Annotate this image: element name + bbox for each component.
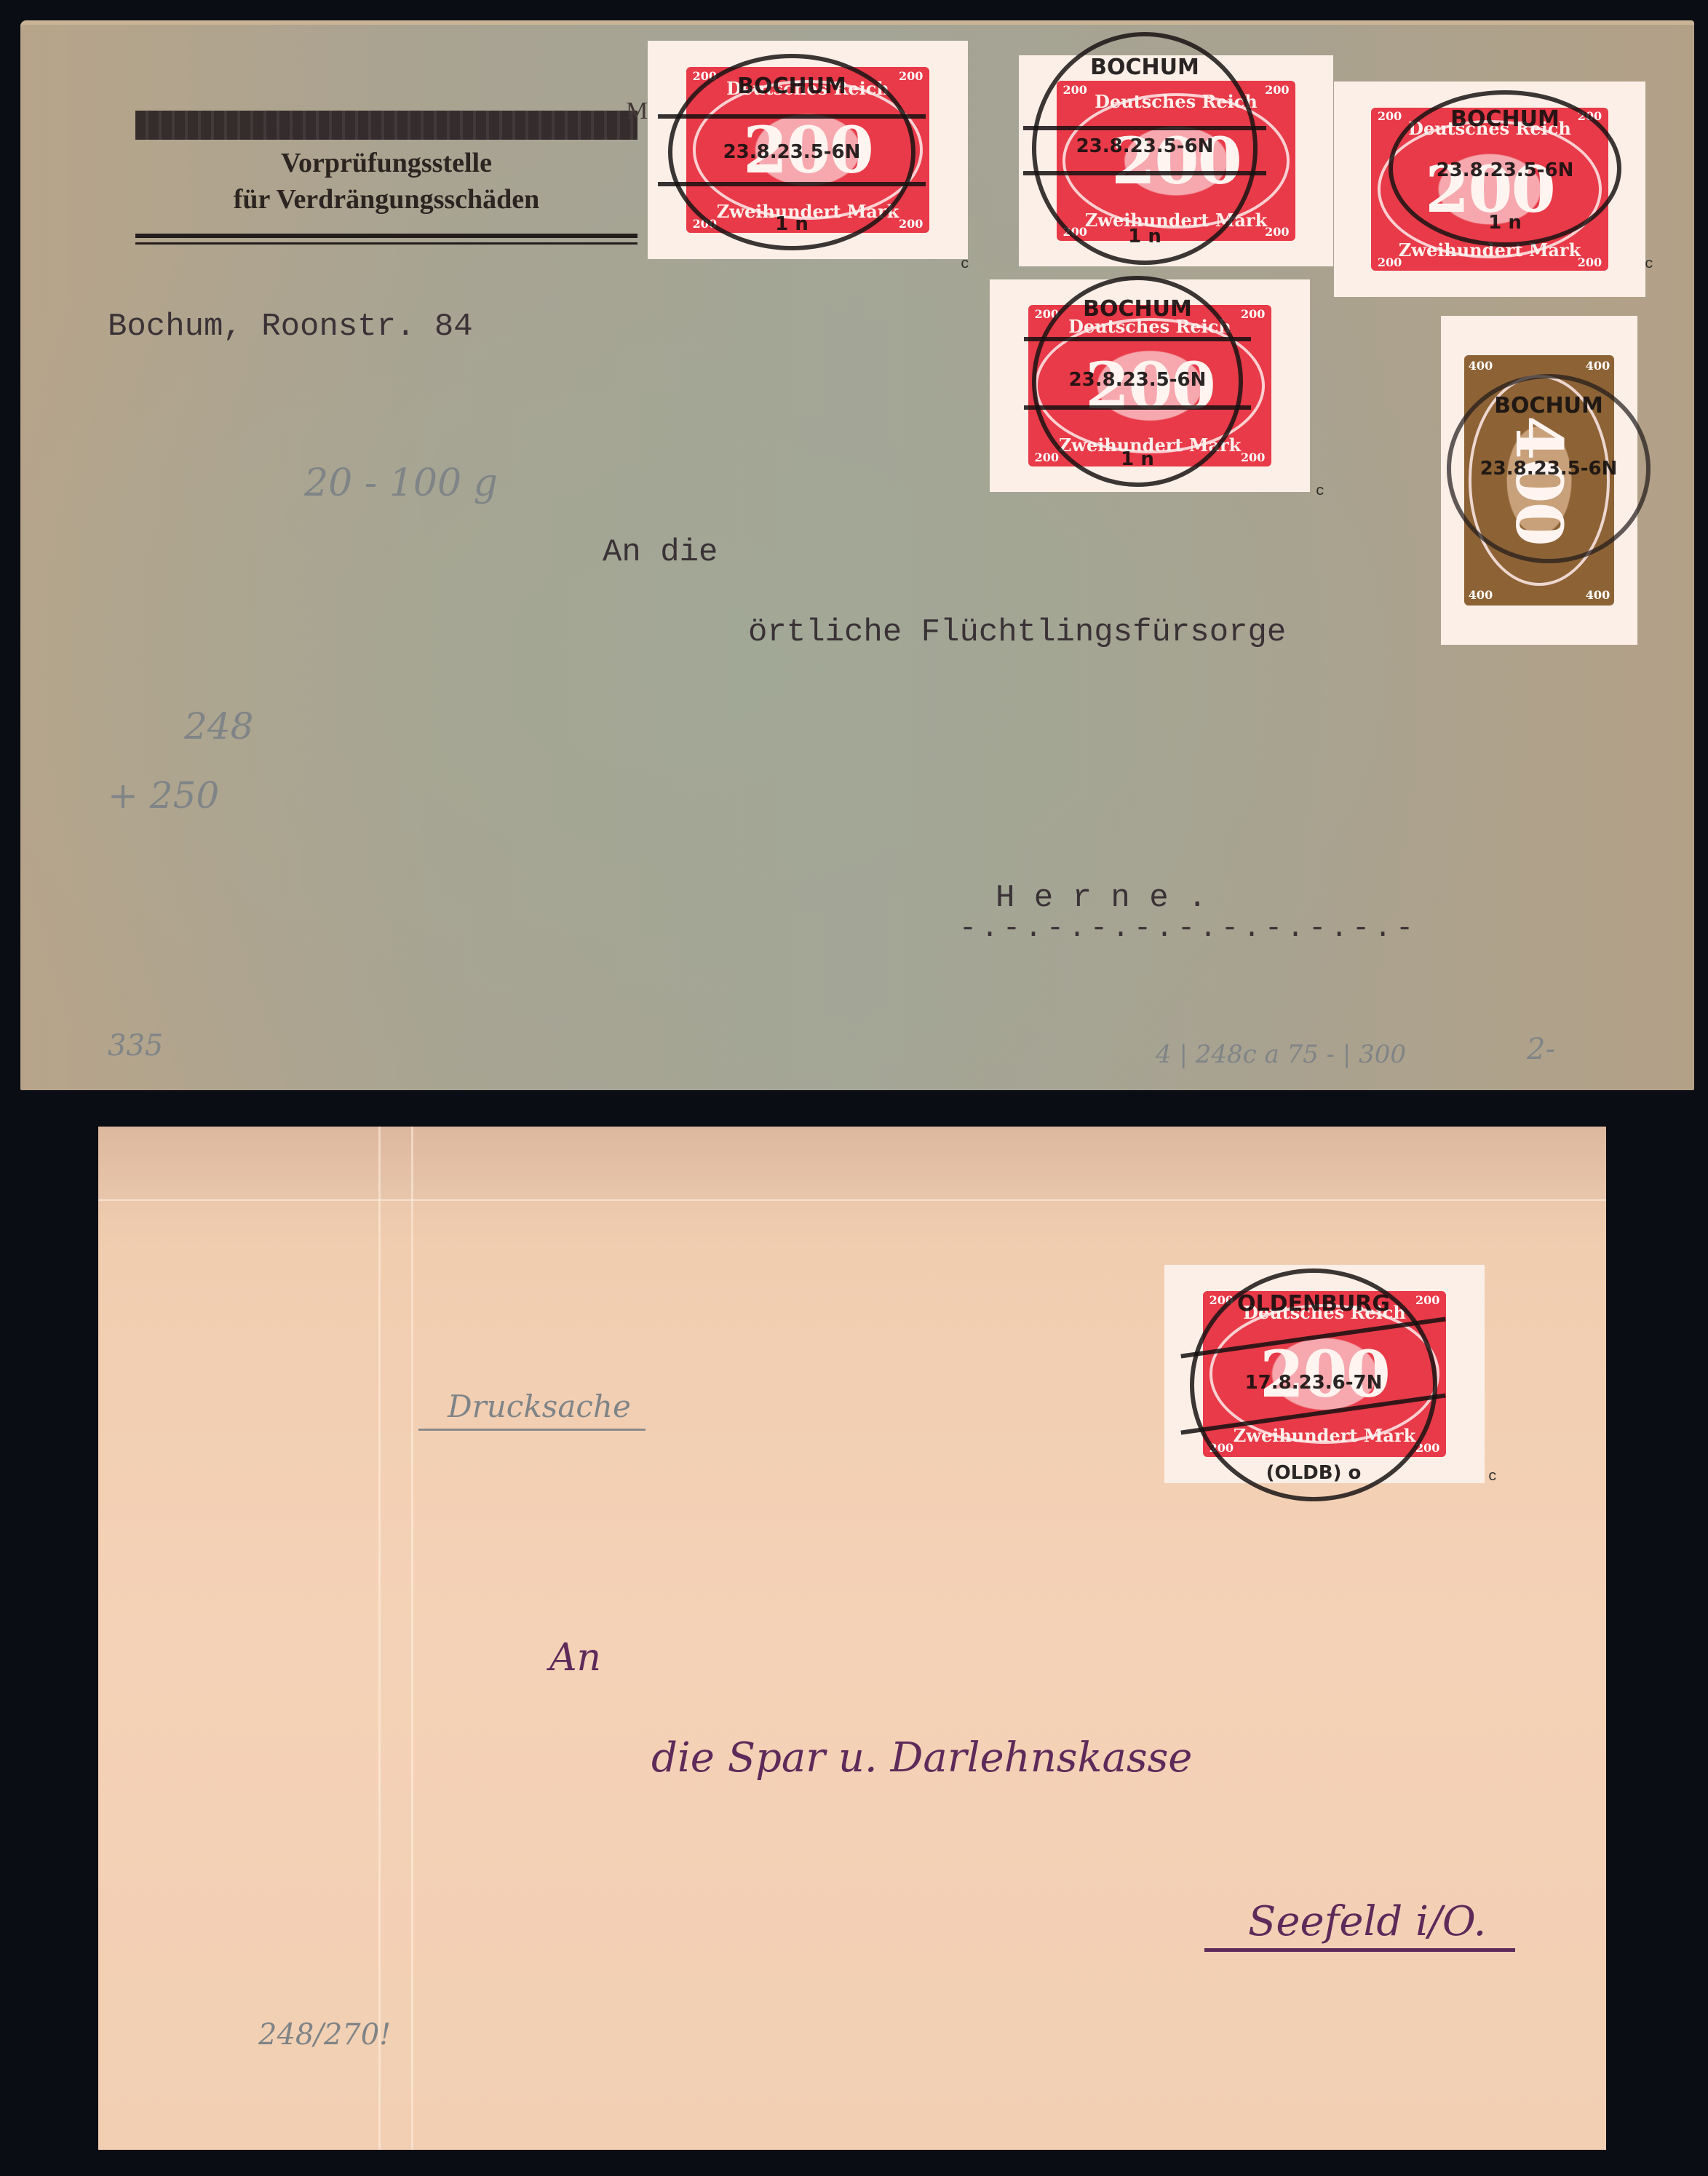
recipient-city: Seefeld i/O.	[1204, 1898, 1515, 1952]
catalog-mark-c: c	[1316, 483, 1324, 500]
recipient-line-2: die Spar u. Darlehnskasse	[651, 1734, 1192, 1782]
catalog-mark-c: c	[1645, 256, 1653, 273]
recipient-line-2: örtliche Flüchtlingsfürsorge	[748, 614, 1286, 651]
cancel-bochum-2: BOCHUM 23.8.23.5-6N 1 n	[1032, 32, 1258, 265]
recipient-line-1: An	[549, 1636, 601, 1680]
pencil-weight-note: 20 - 100 g	[304, 461, 498, 505]
catalog-mark-c: c	[961, 256, 969, 273]
pencil-note-drucksache: Drucksache	[418, 1389, 646, 1431]
struck-suffix: M	[626, 98, 648, 125]
cancel-bochum-3: BOCHUM 23.8.23.5-6N 1 n	[1389, 90, 1621, 247]
pencil-bottom-left: 335	[108, 1029, 163, 1063]
recipient-city: H e r n e .	[996, 880, 1207, 916]
cover-top-envelope: M Vorprüfungsstelle für Verdrängungsschä…	[20, 20, 1694, 1090]
struck-through-sender-name	[135, 111, 637, 140]
sender-address: Bochum, Roonstr. 84	[108, 309, 473, 345]
pencil-note-catalog: 248/270!	[258, 2018, 391, 2052]
cancel-bochum-1: BOCHUM 23.8.23.5-6N 1 n	[668, 54, 915, 250]
cancel-bochum-4: BOCHUM 23.8.23.5-6N 1 n	[1032, 276, 1243, 487]
pencil-catalog-a: 248	[184, 705, 253, 747]
envelope-flap	[98, 1127, 1606, 1201]
cancel-oldenburg: OLDENBURG 17.8.23.6-7N (OLDB) o	[1190, 1268, 1437, 1501]
cover-bottom-envelope: Drucksache An die Spar u. Darlehnskasse …	[98, 1127, 1606, 2150]
pencil-bottom-right: 4 | 248c a 75 - | 300	[1156, 1040, 1406, 1069]
cancel-bochum-5: BOCHUM 23.8.23.5-6N	[1447, 374, 1651, 563]
recipient-line-1: An die	[603, 534, 718, 571]
pencil-catalog-b: + 250	[108, 774, 219, 817]
catalog-mark-c: c	[1488, 1469, 1497, 1485]
pencil-bottom-far-right: 2-	[1527, 1033, 1555, 1066]
header-rule-thin	[135, 242, 637, 245]
recipient-city-underline: -.-.-.-.-.-.-.-.-.-.-	[959, 913, 1418, 945]
sender-line-2: für Verdrängungsschäden	[135, 183, 637, 215]
sender-line-1: Vorprüfungsstelle	[135, 147, 637, 179]
header-rule-thick	[135, 234, 637, 238]
